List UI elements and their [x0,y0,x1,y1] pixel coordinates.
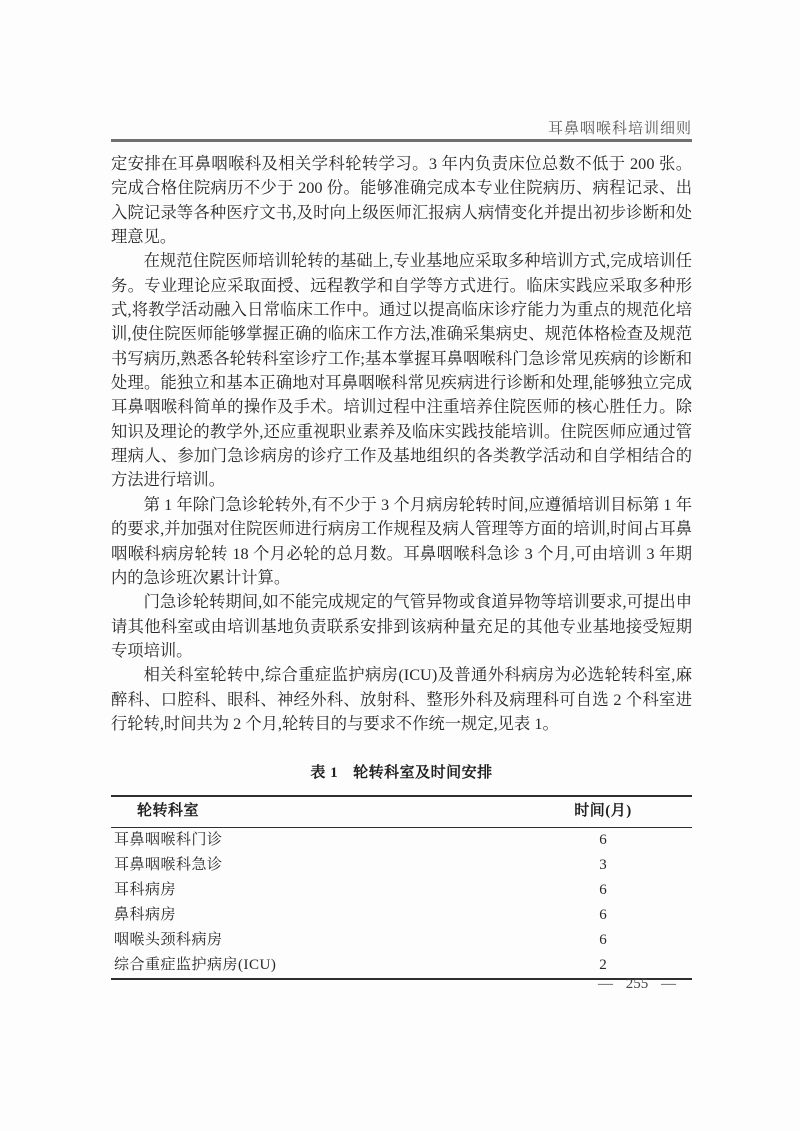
header-rule [111,139,692,142]
body-paragraph: 在规范住院医师培训轮转的基础上,专业基地应采取多种培训方式,完成培训任务。专业理… [111,249,692,492]
body-paragraph: 门急诊轮转期间,如不能完成规定的气管异物或食道异物等培训要求,可提出申请其他科室… [111,590,692,663]
page-number: — 255 — [598,976,676,992]
months-cell: 2 [514,953,692,979]
months-cell: 6 [514,827,692,853]
table-caption: 表 1轮转科室及时间安排 [111,761,692,785]
table-header-row: 轮转科室 时间(月) [111,796,692,828]
table-caption-title: 轮转科室及时间安排 [353,765,493,781]
page-footer: — 255 — [111,976,692,993]
table-caption-label: 表 1 [310,765,338,781]
table-row: 综合重症监护病房(ICU) 2 [111,953,692,979]
department-cell: 耳科病房 [111,878,514,903]
months-cell: 6 [514,928,692,953]
months-cell: 6 [514,878,692,903]
running-header-title: 耳鼻咽喉科培训细则 [548,117,692,138]
months-cell: 6 [514,903,692,928]
table-row: 鼻科病房 6 [111,903,692,928]
column-header-department: 轮转科室 [111,796,514,828]
column-header-months: 时间(月) [514,796,692,828]
document-page: 耳鼻咽喉科培训细则 定安排在耳鼻咽喉科及相关学科轮转学习。3 年内负责床位总数不… [0,0,800,1131]
department-cell: 耳鼻咽喉科门诊 [111,827,514,853]
department-cell: 耳鼻咽喉科急诊 [111,853,514,878]
body-paragraph: 定安排在耳鼻咽喉科及相关学科轮转学习。3 年内负责床位总数不低于 200 张。完… [111,152,692,249]
rotation-table: 轮转科室 时间(月) 耳鼻咽喉科门诊 6 耳鼻咽喉科急诊 3 耳科病房 [111,795,692,980]
body-paragraph: 相关科室轮转中,综合重症监护病房(ICU)及普通外科病房为必选轮转科室,麻醉科、… [111,663,692,736]
department-cell: 咽喉头颈科病房 [111,928,514,953]
table-row: 耳科病房 6 [111,878,692,903]
rotation-table-block: 表 1轮转科室及时间安排 轮转科室 时间(月) 耳鼻咽喉科门诊 6 耳鼻咽喉科急… [111,761,692,979]
table-row: 耳鼻咽喉科门诊 6 [111,827,692,853]
months-cell: 3 [514,853,692,878]
department-cell: 鼻科病房 [111,903,514,928]
table-row: 耳鼻咽喉科急诊 3 [111,853,692,878]
table-row: 咽喉头颈科病房 6 [111,928,692,953]
department-cell: 综合重症监护病房(ICU) [111,953,514,979]
page-content: 定安排在耳鼻咽喉科及相关学科轮转学习。3 年内负责床位总数不低于 200 张。完… [111,152,692,980]
body-paragraph: 第 1 年除门急诊轮转外,有不少于 3 个月病房轮转时间,应遵循培训目标第 1 … [111,493,692,590]
